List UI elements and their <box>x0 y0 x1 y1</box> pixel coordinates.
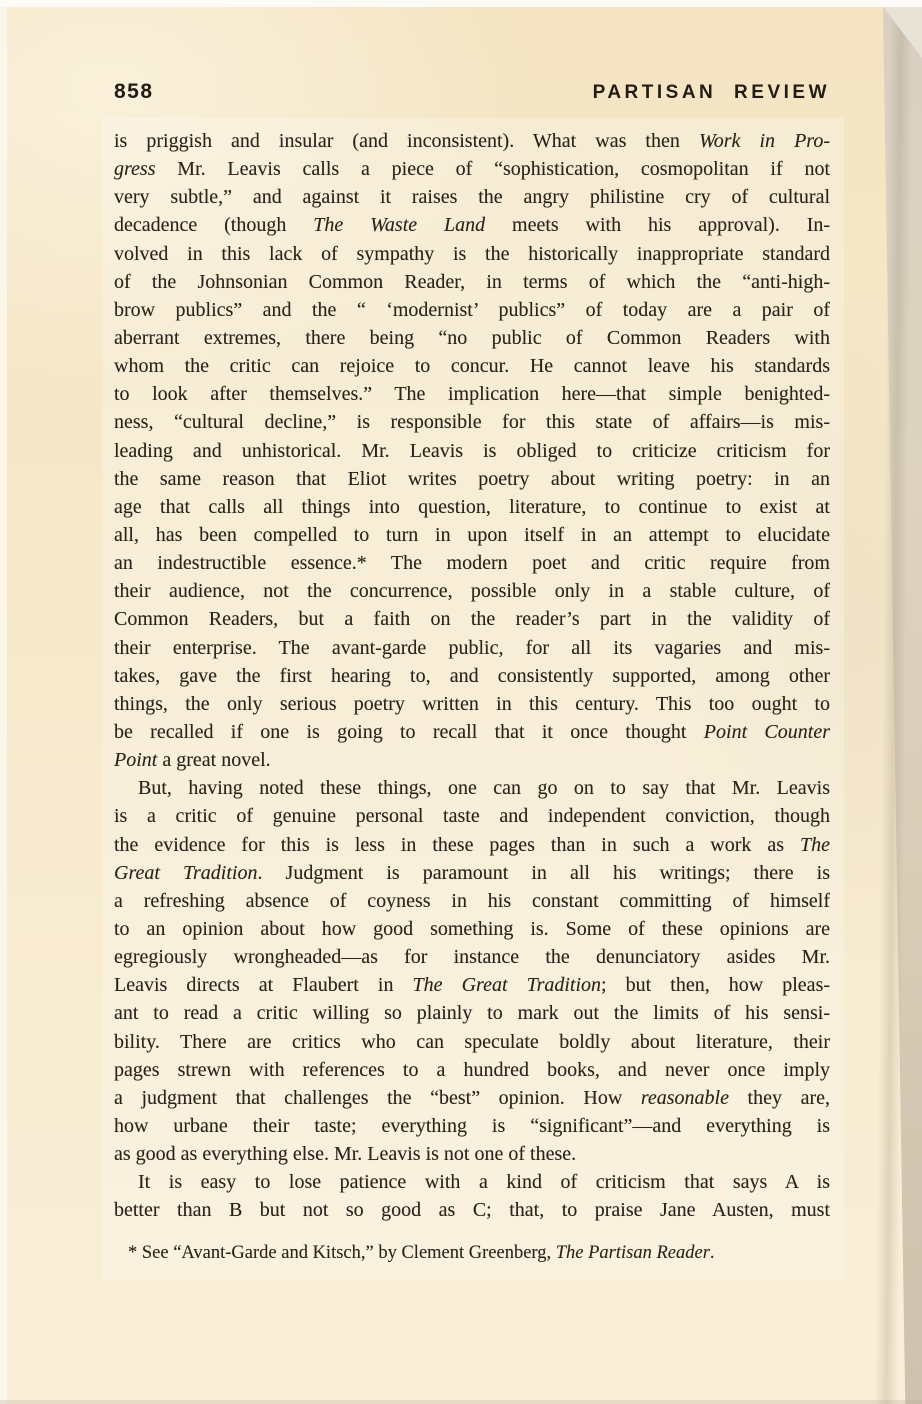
text-segment: a refreshing absence of coyness in his c… <box>114 890 830 912</box>
text-segment: aberrant extremes, there being “no publi… <box>114 327 830 349</box>
text-segment: they are, <box>729 1087 830 1109</box>
text-segment: volved in this lack of sympathy is the h… <box>114 243 830 265</box>
text-line: leading and unhistorical. Mr. Leavis is … <box>114 437 830 465</box>
text-segment: is priggish and insular (and inconsisten… <box>114 130 699 152</box>
scan-bottom-edge <box>0 1400 922 1404</box>
text-line: But, having noted these things, one can … <box>114 774 830 802</box>
text-segment: decadence (though <box>114 214 313 236</box>
text-segment: as good as everything else. Mr. Leavis i… <box>114 1143 576 1165</box>
text-line: very subtle,” and against it raises the … <box>114 183 830 211</box>
text-line: better than B but not so good as C; that… <box>114 1196 830 1224</box>
text-line: is priggish and insular (and inconsisten… <box>114 127 830 155</box>
text-segment: whom the critic can rejoice to concur. H… <box>114 355 830 377</box>
text-segment: The Partisan Reader <box>556 1243 710 1263</box>
text-segment: meets with his approval). In- <box>485 214 830 236</box>
text-segment: a great novel. <box>157 749 270 771</box>
text-line: an indestructible essence.* The modern p… <box>114 549 830 577</box>
text-segment: bility. There are critics who can specul… <box>114 1031 830 1053</box>
text-segment: better than B but not so good as C; that… <box>114 1199 830 1221</box>
text-segment: their audience, not the concurrence, pos… <box>114 580 830 602</box>
text-line: bility. There are critics who can specul… <box>114 1028 830 1056</box>
text-line: Common Readers, but a faith on the reade… <box>114 605 830 633</box>
text-line: decadence (though The Waste Land meets w… <box>114 211 830 239</box>
text-line: as good as everything else. Mr. Leavis i… <box>114 1140 830 1168</box>
text-segment: * See “Avant-Garde and Kitsch,” by Cleme… <box>128 1243 556 1263</box>
text-line: volved in this lack of sympathy is the h… <box>114 240 830 268</box>
text-segment: The <box>800 834 830 856</box>
text-segment: Work in Pro- <box>699 130 830 152</box>
journal-title: PARTISAN REVIEW <box>593 82 830 104</box>
text-line: a judgment that challenges the “best” op… <box>114 1084 830 1112</box>
text-line: egregiously wrongheaded—as for instance … <box>114 943 830 971</box>
text-segment: of the Johnsonian Common Reader, in term… <box>114 271 830 293</box>
text-line: takes, gave the first hearing to, and co… <box>114 662 830 690</box>
text-segment: be recalled if one is going to recall th… <box>114 721 704 743</box>
text-line: ness, “cultural decline,” is responsible… <box>114 408 830 436</box>
text-segment: The Great Tradition <box>413 974 602 996</box>
text-segment: things, the only serious poetry written … <box>114 693 830 715</box>
text-line: a refreshing absence of coyness in his c… <box>114 887 830 915</box>
text-segment: Leavis directs at Flaubert in <box>114 974 413 996</box>
text-line: Point a great novel. <box>114 746 830 774</box>
text-segment: . Judgment is paramount in all his writi… <box>257 862 830 884</box>
text-segment: Great Tradition <box>114 862 257 884</box>
text-line: things, the only serious poetry written … <box>114 690 830 718</box>
text-line: the evidence for this is less in these p… <box>114 831 830 859</box>
text-segment: Point Counter <box>704 721 830 743</box>
text-segment: . <box>710 1243 715 1263</box>
text-segment: age that calls all things into question,… <box>114 496 830 518</box>
text-segment: how urbane their taste; everything is “s… <box>114 1115 830 1137</box>
scanned-page: 858 PARTISAN REVIEW is priggish and insu… <box>0 0 922 1404</box>
text-segment: It is easy to lose patience with a kind … <box>138 1171 830 1193</box>
text-line: aberrant extremes, there being “no publi… <box>114 324 830 352</box>
text-line: be recalled if one is going to recall th… <box>114 718 830 746</box>
text-segment: all, has been compelled to turn in upon … <box>114 524 830 546</box>
text-segment: their enterprise. The avant-garde public… <box>114 637 830 659</box>
text-line: ant to read a critic willing so plainly … <box>114 999 830 1027</box>
text-segment: a judgment that challenges the “best” op… <box>114 1087 641 1109</box>
text-line: whom the critic can rejoice to concur. H… <box>114 352 830 380</box>
text-segment: egregiously wrongheaded—as for instance … <box>114 946 830 968</box>
text-line: how urbane their taste; everything is “s… <box>114 1112 830 1140</box>
text-segment: Point <box>114 749 157 771</box>
text-line: all, has been compelled to turn in upon … <box>114 521 830 549</box>
text-block: is priggish and insular (and inconsisten… <box>114 127 830 1224</box>
text-segment: to look after themselves.” The implicati… <box>114 383 830 405</box>
text-segment: reasonable <box>641 1087 729 1109</box>
footnote: * See “Avant-Garde and Kitsch,” by Cleme… <box>128 1240 842 1266</box>
text-segment: ; but then, how pleas- <box>601 974 830 996</box>
text-line: to look after themselves.” The implicati… <box>114 380 830 408</box>
text-line: the same reason that Eliot writes poetry… <box>114 465 830 493</box>
text-line: their enterprise. The avant-garde public… <box>114 634 830 662</box>
text-line: age that calls all things into question,… <box>114 493 830 521</box>
text-line: to an opinion about how good something i… <box>114 915 830 943</box>
text-line: gress Mr. Leavis calls a piece of “sophi… <box>114 155 830 183</box>
text-segment: leading and unhistorical. Mr. Leavis is … <box>114 440 830 462</box>
text-segment: very subtle,” and against it raises the … <box>114 186 830 208</box>
text-segment: the evidence for this is less in these p… <box>114 834 800 856</box>
scan-left-edge <box>0 0 7 1404</box>
text-line: is a critic of genuine personal taste an… <box>114 802 830 830</box>
text-segment: takes, gave the first hearing to, and co… <box>114 665 830 687</box>
text-line: It is easy to lose patience with a kind … <box>114 1168 830 1196</box>
text-line: pages strewn with references to a hundre… <box>114 1056 830 1084</box>
text-segment: pages strewn with references to a hundre… <box>114 1059 830 1081</box>
text-segment: the same reason that Eliot writes poetry… <box>114 468 830 490</box>
text-segment: ant to read a critic willing so plainly … <box>114 1002 830 1024</box>
text-line: of the Johnsonian Common Reader, in term… <box>114 268 830 296</box>
text-segment: an indestructible essence.* The modern p… <box>114 552 830 574</box>
text-segment: The Waste Land <box>313 214 485 236</box>
text-segment: ness, “cultural decline,” is responsible… <box>114 411 830 433</box>
text-line: their audience, not the concurrence, pos… <box>114 577 830 605</box>
text-segment: gress <box>114 158 155 180</box>
text-segment: to an opinion about how good something i… <box>114 918 830 940</box>
text-segment: Mr. Leavis calls a piece of “sophisticat… <box>155 158 830 180</box>
text-segment: But, having noted these things, one can … <box>138 777 830 799</box>
text-segment: brow publics” and the “ ‘modernist’ publ… <box>114 299 830 321</box>
text-line: brow publics” and the “ ‘modernist’ publ… <box>114 296 830 324</box>
page-header: 858 PARTISAN REVIEW <box>114 80 830 104</box>
text-line: Leavis directs at Flaubert in The Great … <box>114 971 830 999</box>
text-segment: Common Readers, but a faith on the reade… <box>114 608 830 630</box>
scan-top-edge <box>0 0 922 7</box>
text-segment: is a critic of genuine personal taste an… <box>114 805 830 827</box>
text-line: Great Tradition. Judgment is paramount i… <box>114 859 830 887</box>
page-number: 858 <box>114 80 154 104</box>
